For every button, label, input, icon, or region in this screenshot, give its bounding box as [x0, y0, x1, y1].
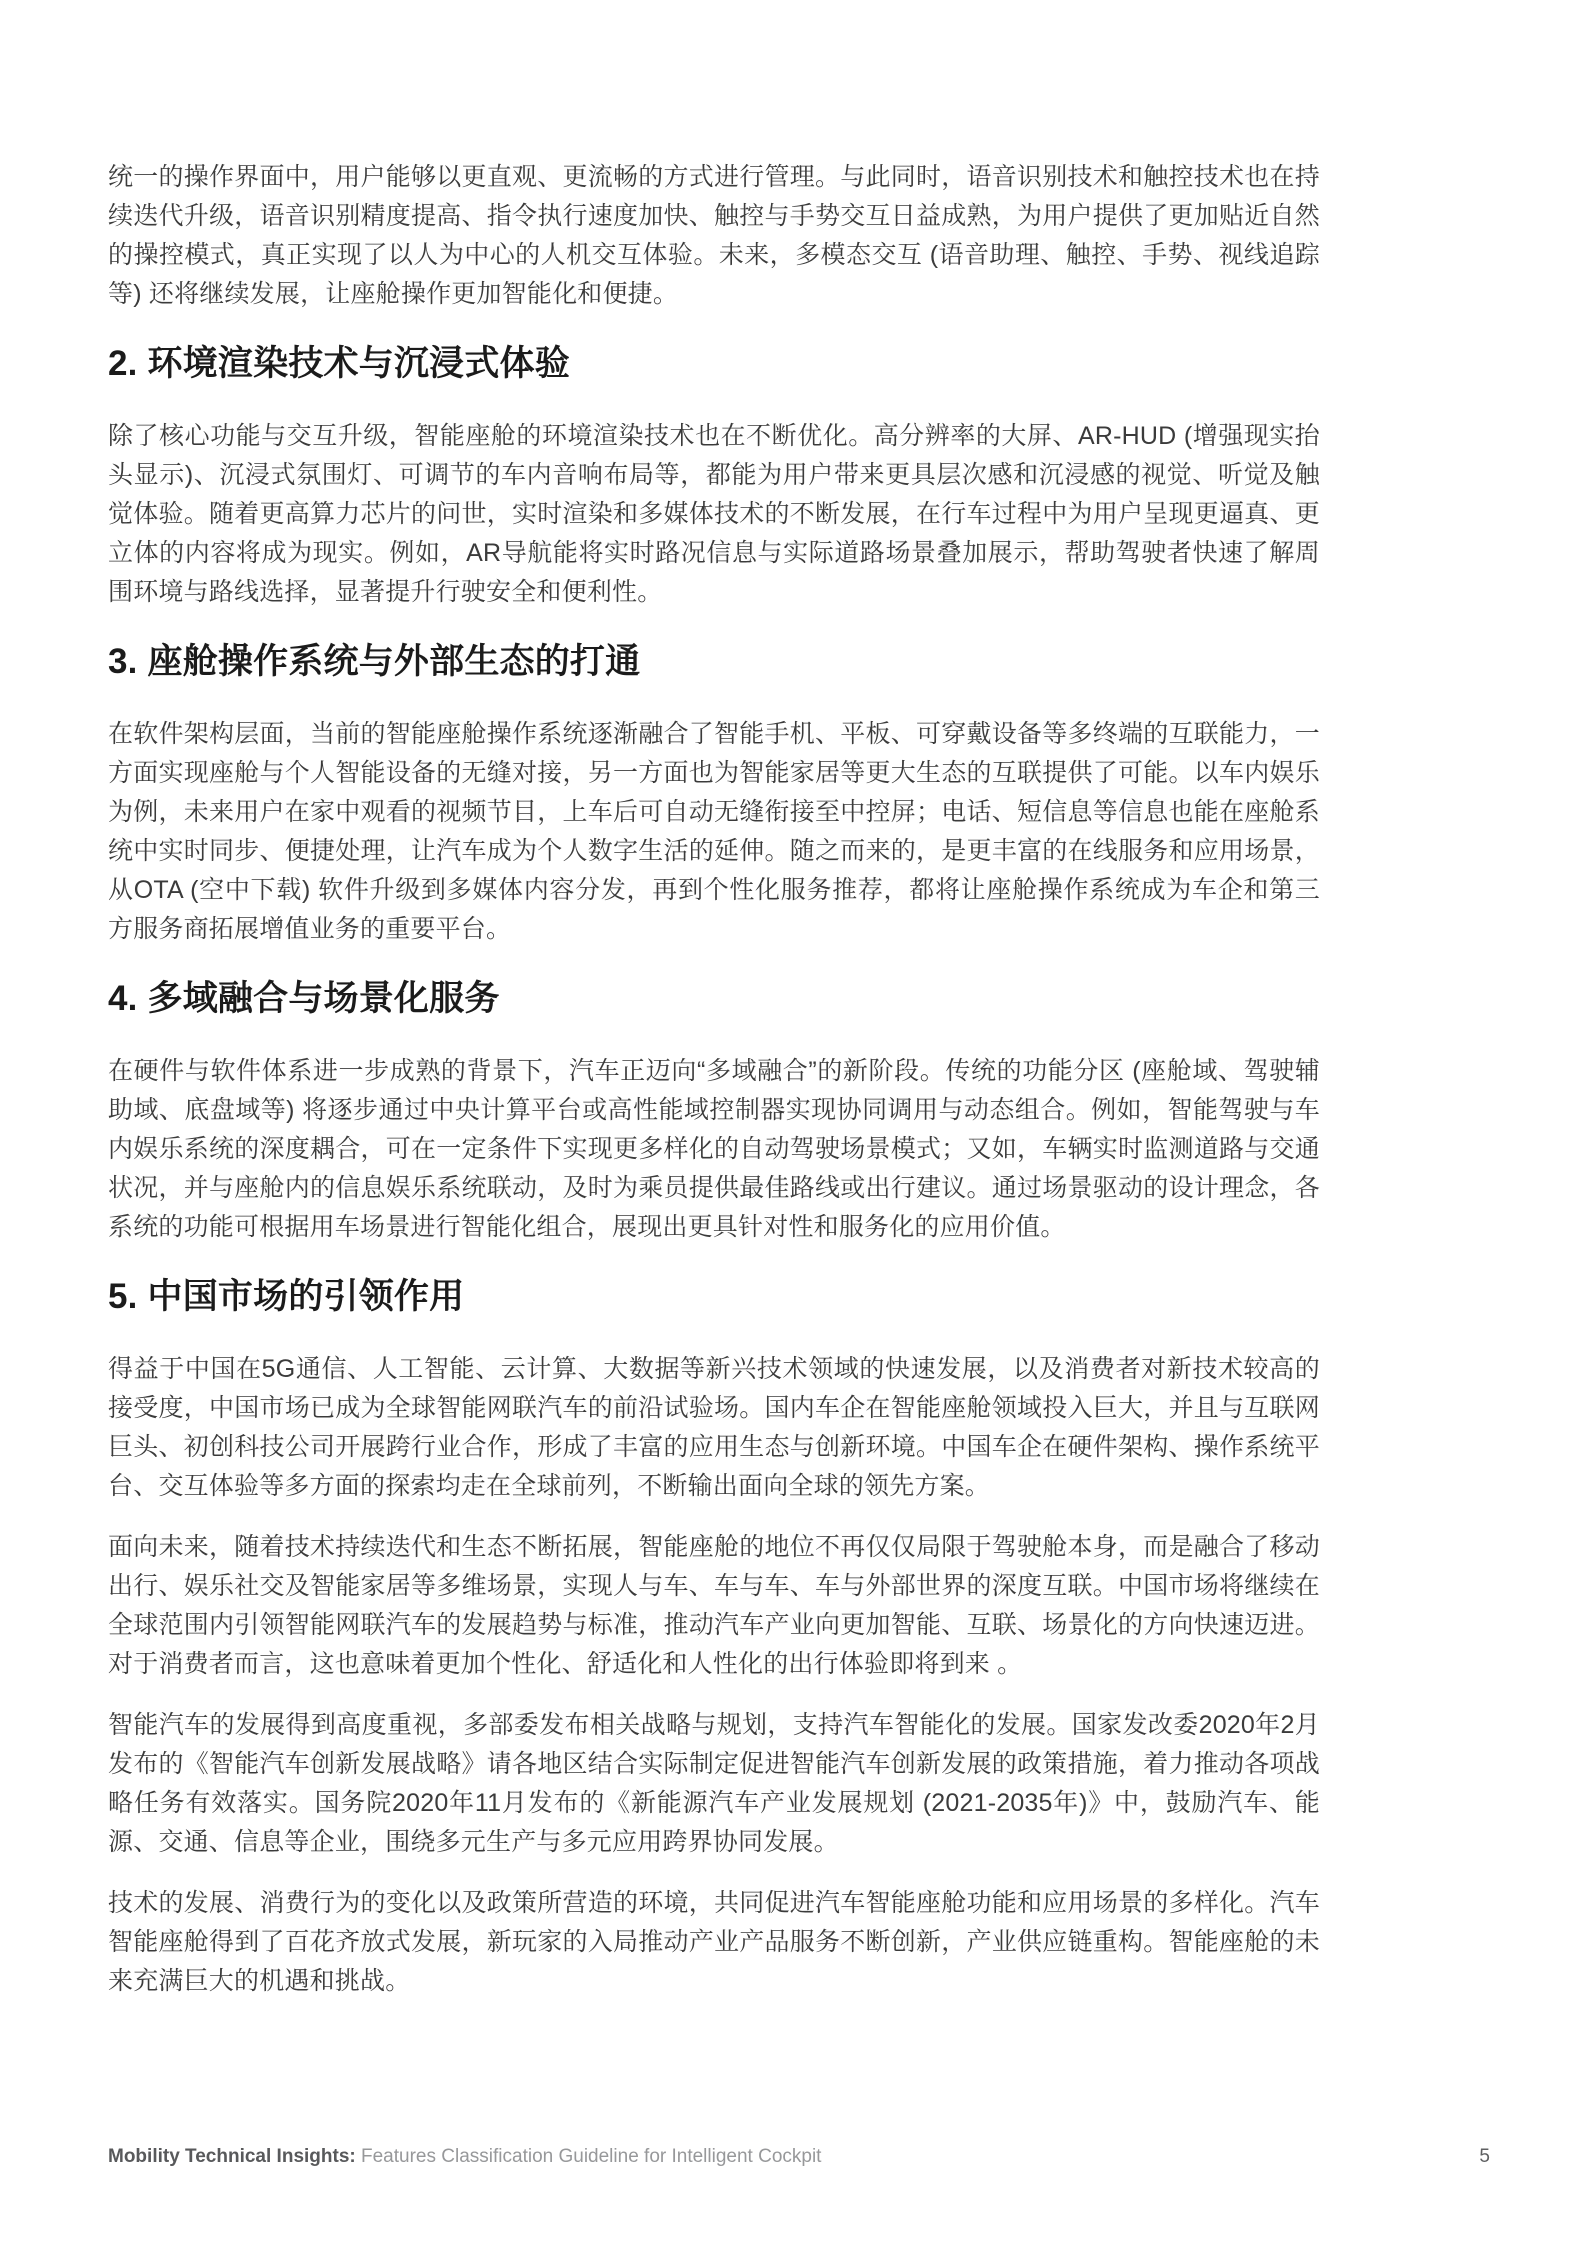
footer-document-title: Mobility Technical Insights: Features Cl… — [108, 2144, 821, 2169]
footer-title-rest: Features Classification Guideline for In… — [356, 2146, 822, 2167]
section-heading-3: 3. 座舱操作系统与外部生态的打通 — [108, 638, 1320, 685]
section-paragraph: 在软件架构层面，当前的智能座舱操作系统逐渐融合了智能手机、平板、可穿戴设备等多终… — [108, 715, 1320, 949]
intro-paragraph: 统一的操作界面中，用户能够以更直观、更流畅的方式进行管理。与此同时，语音识别技术… — [108, 158, 1320, 314]
section-paragraph: 除了核心功能与交互升级，智能座舱的环境渲染技术也在不断优化。高分辨率的大屏、AR… — [108, 417, 1320, 612]
page-footer: Mobility Technical Insights: Features Cl… — [108, 2144, 1490, 2169]
section-cockpit-os-ecosystem: 3. 座舱操作系统与外部生态的打通 在软件架构层面，当前的智能座舱操作系统逐渐融… — [108, 638, 1320, 949]
document-content: 统一的操作界面中，用户能够以更直观、更流畅的方式进行管理。与此同时，语音识别技术… — [108, 158, 1320, 2023]
section-paragraph: 技术的发展、消费行为的变化以及政策所营造的环境，共同促进汽车智能座舱功能和应用场… — [108, 1884, 1320, 2001]
section-paragraph: 在硬件与软件体系进一步成熟的背景下，汽车正迈向“多域融合”的新阶段。传统的功能分… — [108, 1052, 1320, 1247]
section-environment-rendering: 2. 环境渲染技术与沉浸式体验 除了核心功能与交互升级，智能座舱的环境渲染技术也… — [108, 340, 1320, 612]
section-paragraph: 面向未来，随着技术持续迭代和生态不断拓展，智能座舱的地位不再仅仅局限于驾驶舱本身… — [108, 1528, 1320, 1684]
section-heading-4: 4. 多域融合与场景化服务 — [108, 975, 1320, 1022]
section-china-market-leadership: 5. 中国市场的引领作用 得益于中国在5G通信、人工智能、云计算、大数据等新兴技… — [108, 1273, 1320, 2001]
section-multi-domain-fusion: 4. 多域融合与场景化服务 在硬件与软件体系进一步成熟的背景下，汽车正迈向“多域… — [108, 975, 1320, 1247]
document-page: 统一的操作界面中，用户能够以更直观、更流畅的方式进行管理。与此同时，语音识别技术… — [0, 0, 1587, 2245]
section-paragraph: 智能汽车的发展得到高度重视，多部委发布相关战略与规划，支持汽车智能化的发展。国家… — [108, 1706, 1320, 1862]
section-heading-2: 2. 环境渲染技术与沉浸式体验 — [108, 340, 1320, 387]
footer-title-bold: Mobility Technical Insights: — [108, 2146, 356, 2167]
section-heading-5: 5. 中国市场的引领作用 — [108, 1273, 1320, 1320]
section-paragraph: 得益于中国在5G通信、人工智能、云计算、大数据等新兴技术领域的快速发展，以及消费… — [108, 1350, 1320, 1506]
footer-page-number: 5 — [1479, 2144, 1490, 2169]
